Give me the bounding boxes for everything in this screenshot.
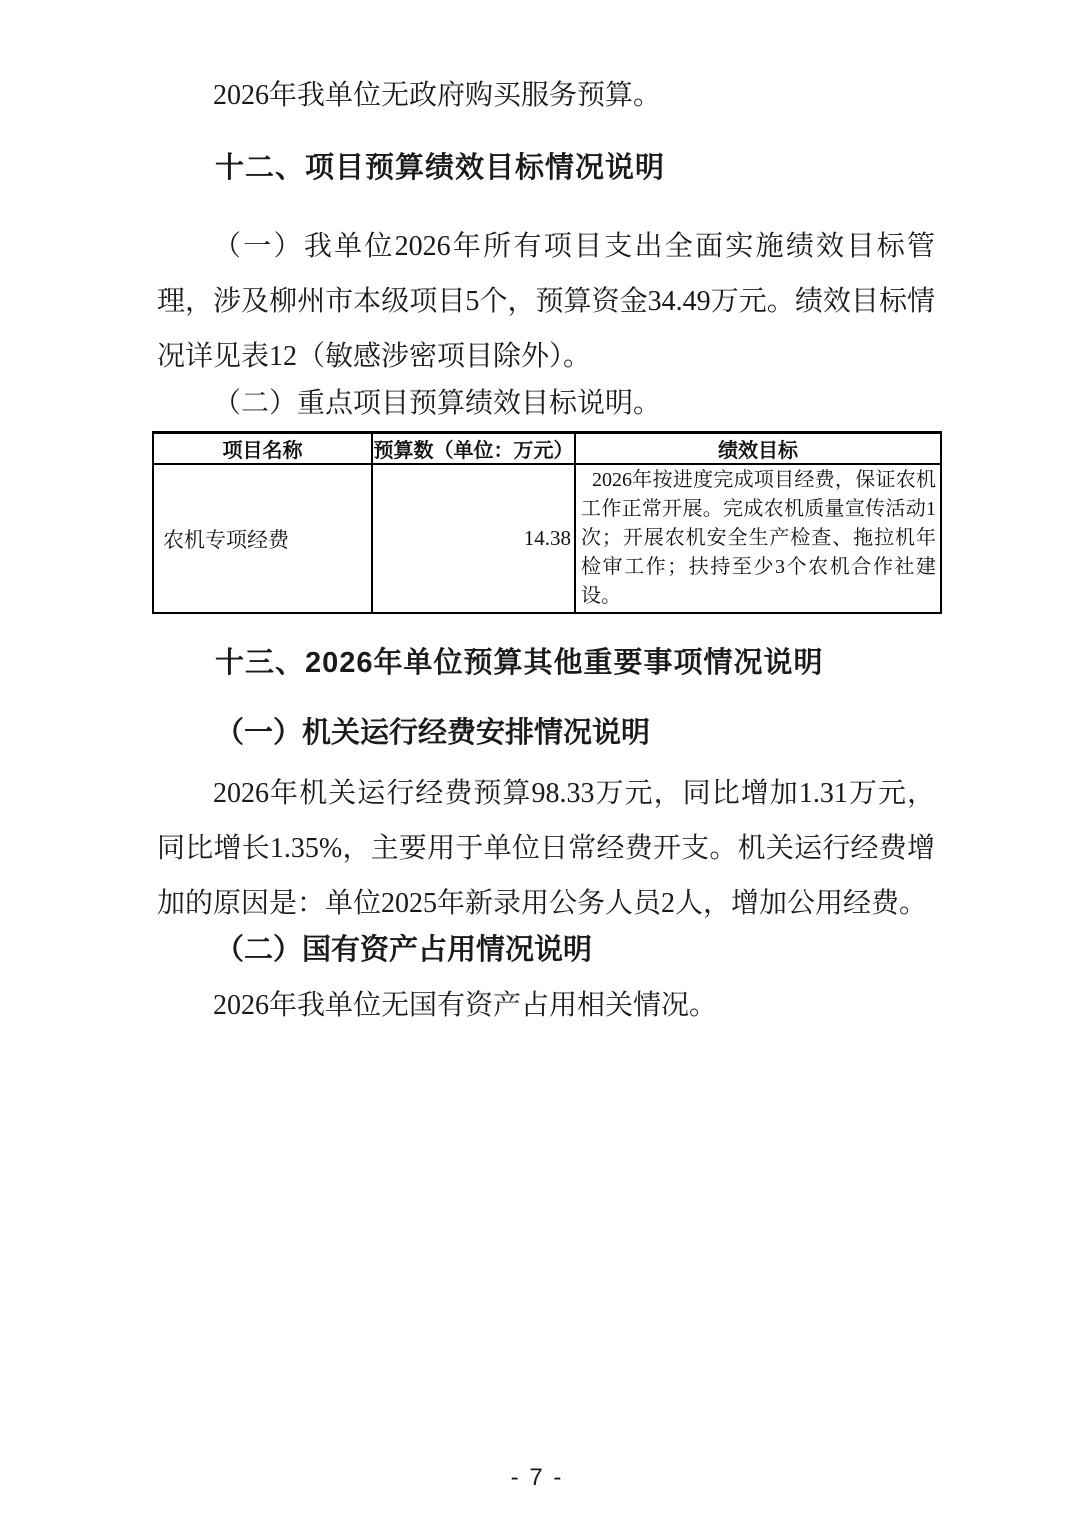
document-page: 2026年我单位无政府购买服务预算。 十二、项目预算绩效目标情况说明 （一）我单… [0, 0, 1074, 1520]
table-header-row: 项目名称 预算数（单位：万元） 绩效目标 [153, 433, 941, 465]
section-13-heading: 十三、2026年单位预算其他重要事项情况说明 [157, 636, 935, 691]
performance-target-table: 项目名称 预算数（单位：万元） 绩效目标 农机专项经费 14.38 2026年按… [152, 431, 942, 614]
section-12-heading: 十二、项目预算绩效目标情况说明 [157, 141, 935, 196]
cell-budget-amount: 14.38 [372, 464, 575, 613]
section-13-sub-1-heading: （一）机关运行经费安排情况说明 [157, 706, 935, 761]
document-content: 2026年我单位无政府购买服务预算。 十二、项目预算绩效目标情况说明 （一）我单… [0, 0, 1074, 1033]
table-row: 农机专项经费 14.38 2026年按进度完成项目经费，保证农机工作正常开展。完… [153, 464, 941, 613]
section-12-paragraph-1: （一）我单位2026年所有项目支出全面实施绩效目标管理，涉及柳州市本级项目5个，… [157, 219, 935, 384]
column-header-project-name: 项目名称 [153, 433, 372, 465]
column-header-budget: 预算数（单位：万元） [372, 433, 575, 465]
column-header-performance-target: 绩效目标 [575, 433, 941, 465]
section-13-sub-2-paragraph: 2026年我单位无国有资产占用相关情况。 [157, 978, 935, 1033]
intro-paragraph: 2026年我单位无政府购买服务预算。 [157, 68, 935, 123]
section-12-paragraph-2: （二）重点项目预算绩效目标说明。 [157, 376, 935, 431]
section-13-sub-1-paragraph: 2026年机关运行经费预算98.33万元，同比增加1.31万元，同比增长1.35… [157, 766, 935, 931]
page-number: - 7 - [0, 1464, 1074, 1492]
section-13-sub-2-heading: （二）国有资产占用情况说明 [157, 923, 935, 978]
cell-performance-target: 2026年按进度完成项目经费，保证农机工作正常开展。完成农机质量宣传活动1次；开… [575, 464, 941, 613]
cell-project-name: 农机专项经费 [153, 464, 372, 613]
